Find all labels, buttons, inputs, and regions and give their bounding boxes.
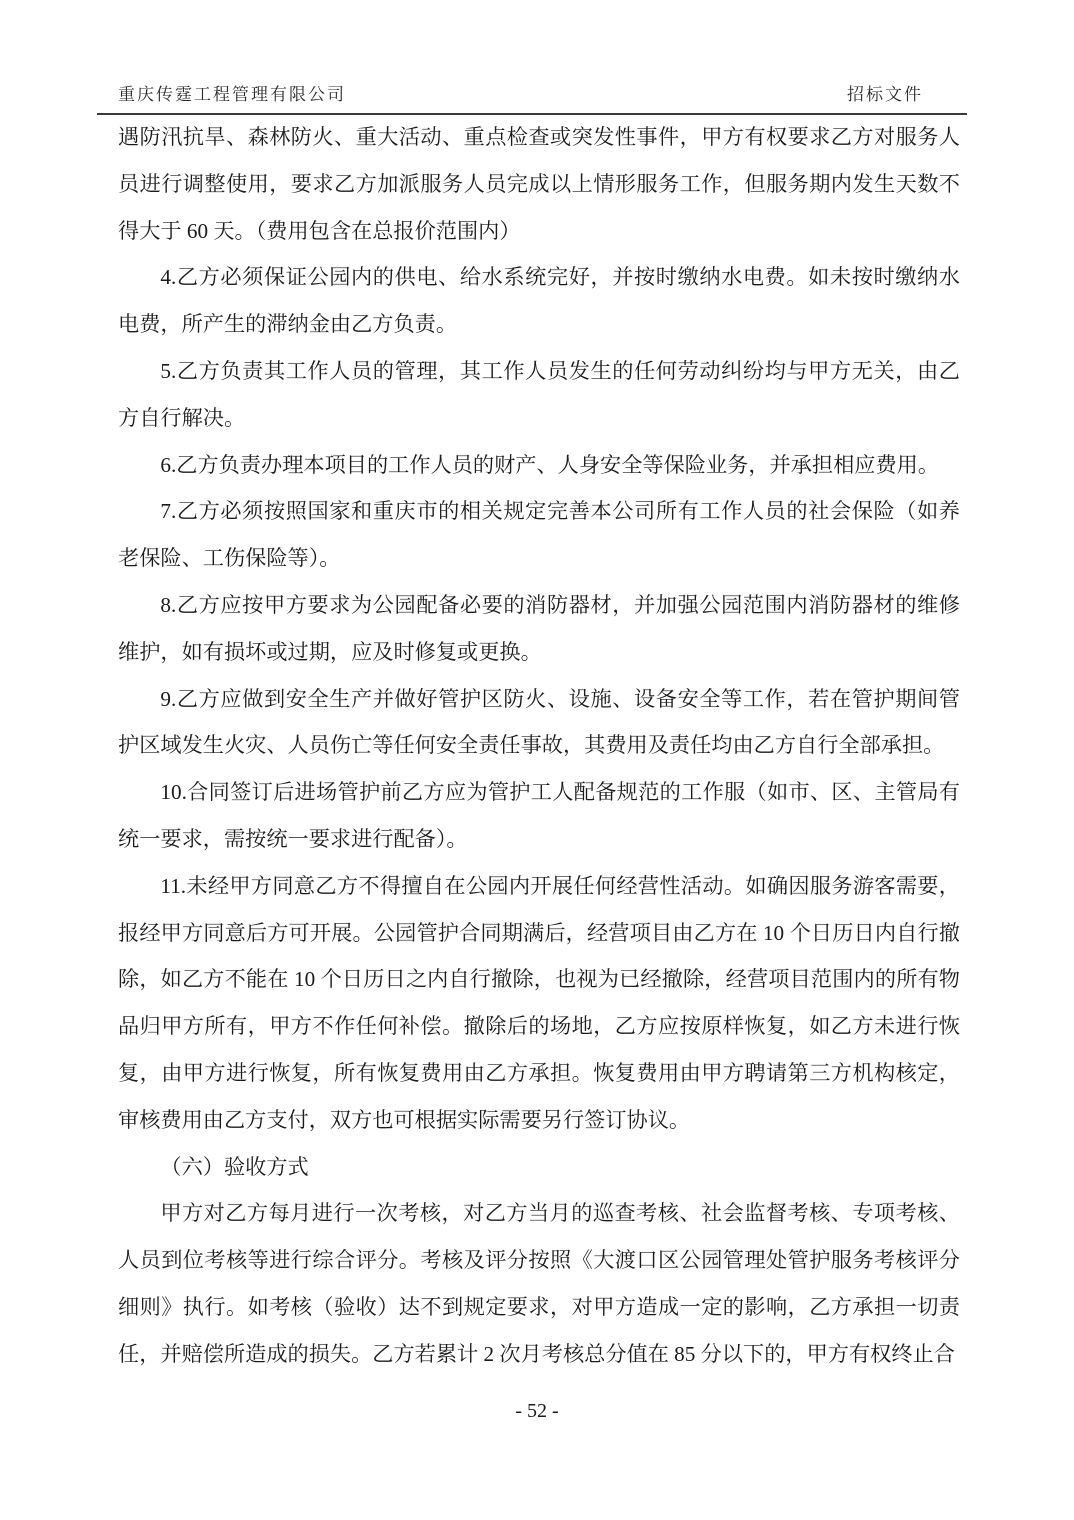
header-company-name: 重庆传霆工程管理有限公司: [97, 80, 346, 105]
paragraph-assessment: 甲方对乙方每月进行一次考核，对乙方当月的巡查考核、社会监督考核、专项考核、人员到…: [118, 1190, 960, 1377]
paragraph-continuation: 遇防汛抗旱、森林防火、重大活动、重点检查或突发性事件，甲方有权要求乙方对服务人员…: [118, 114, 960, 254]
section-heading: （六）验收方式: [118, 1144, 960, 1191]
header-document-label: 招标文件: [847, 80, 967, 105]
paragraph-clause-8: 8.乙方应按甲方要求为公园配备必要的消防器材，并加强公园范围内消防器材的维修维护…: [118, 582, 960, 676]
paragraph-clause-10: 10.合同签订后进场管护前乙方应为管护工人配备规范的工作服（如市、区、主管局有统…: [118, 769, 960, 863]
paragraph-clause-4: 4.乙方必须保证公园内的供电、给水系统完好，并按时缴纳水电费。如未按时缴纳水电费…: [118, 254, 960, 348]
page-footer: - 52 -: [0, 1400, 1074, 1423]
paragraph-clause-6: 6.乙方负责办理本项目的工作人员的财产、人身安全等保险业务，并承担相应费用。: [118, 442, 960, 489]
page-number: - 52 -: [515, 1400, 558, 1422]
document-body: 遇防汛抗旱、森林防火、重大活动、重点检查或突发性事件，甲方有权要求乙方对服务人员…: [118, 114, 960, 1378]
paragraph-clause-11: 11.未经甲方同意乙方不得擅自在公园内开展任何经营性活动。如确因服务游客需要，报…: [118, 863, 960, 1144]
document-page: 重庆传霆工程管理有限公司 招标文件 遇防汛抗旱、森林防火、重大活动、重点检查或突…: [0, 0, 1074, 1520]
paragraph-clause-7: 7.乙方必须按照国家和重庆市的相关规定完善本公司所有工作人员的社会保险（如养老保…: [118, 488, 960, 582]
page-header: 重庆传霆工程管理有限公司 招标文件: [97, 80, 967, 115]
paragraph-clause-5: 5.乙方负责其工作人员的管理，其工作人员发生的任何劳动纠纷均与甲方无关，由乙方自…: [118, 348, 960, 442]
paragraph-clause-9: 9.乙方应做到安全生产并做好管护区防火、设施、设备安全等工作，若在管护期间管护区…: [118, 676, 960, 770]
